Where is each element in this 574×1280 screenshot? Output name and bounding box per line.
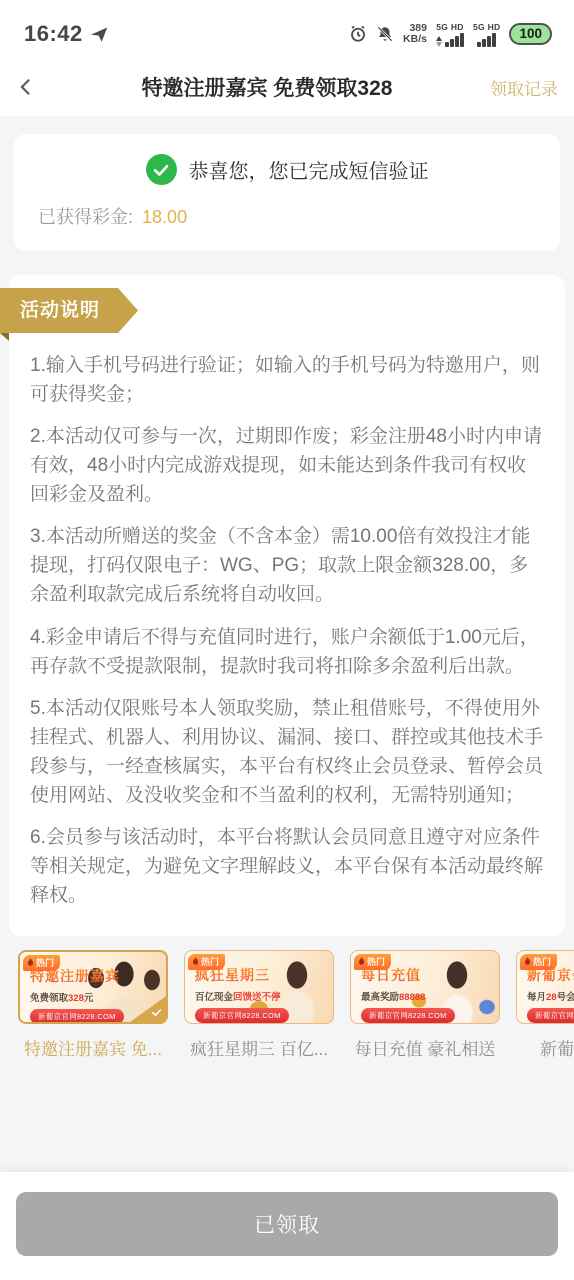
page-header: 特邀注册嘉宾 免费领取328 领取记录 bbox=[0, 58, 574, 116]
rule-item-3: 3.本活动所赠送的奖金（不含本金）需10.00倍有效投注才能提现，打码仅限电子：… bbox=[30, 522, 545, 609]
banner-item-member-day[interactable]: 热门 新葡京会员日 每月28号会员日 新葡京官网8228.COM 新葡京会员日 bbox=[516, 950, 574, 1060]
signal-sim1-icon: 5G HD bbox=[436, 22, 464, 47]
rule-item-4: 4.彩金申请后不得与充值同时进行，账户余额低于1.00元后，再存款不受提款限制，… bbox=[30, 623, 545, 681]
banner-item-special-invite[interactable]: 热门 特邀注册嘉宾 免费领取328元 新葡京官网8228.COM 特邀注册嘉宾 … bbox=[18, 950, 168, 1060]
page-title: 特邀注册嘉宾 免费领取328 bbox=[50, 72, 484, 102]
activity-badge: 活动说明 bbox=[0, 288, 138, 333]
ribbon-fold bbox=[0, 333, 9, 341]
banner-url-pill: 新葡京官网8228.COM bbox=[30, 1009, 124, 1024]
hot-tag: 热门 bbox=[520, 954, 557, 970]
alarm-clock-icon bbox=[349, 25, 367, 43]
hot-tag: 热门 bbox=[23, 955, 60, 971]
banner-url-pill: 新葡京官网8228.COM bbox=[527, 1008, 574, 1023]
bonus-value: 18.00 bbox=[142, 207, 187, 227]
fire-icon bbox=[192, 957, 199, 966]
clock-time: 16:42 bbox=[24, 21, 83, 47]
hot-tag: 热门 bbox=[188, 954, 225, 970]
rule-item-1: 1.输入手机号码进行验证；如输入的手机号码为特邀用户，则可获得奖金； bbox=[30, 351, 545, 409]
bell-muted-icon bbox=[376, 25, 394, 43]
rule-item-5: 5.本活动仅限账号本人领取奖励，禁止租借账号，不得使用外挂程式、机器人、利用协议… bbox=[30, 694, 545, 810]
signal-sim2-icon: 5G HD bbox=[473, 22, 500, 47]
banner-caption: 特邀注册嘉宾 免... bbox=[18, 1035, 168, 1060]
banner-item-daily-deposit[interactable]: 热门 每日充值 最高奖励88888 新葡京官网8228.COM 每日充值 豪礼相… bbox=[350, 950, 500, 1060]
bonus-row: 已获得彩金: 18.00 bbox=[38, 203, 536, 229]
check-circle-icon bbox=[146, 154, 177, 185]
back-button[interactable] bbox=[16, 77, 50, 97]
banner-caption: 疯狂星期三 百亿... bbox=[184, 1035, 334, 1060]
activity-rules-card: 活动说明 1.输入手机号码进行验证；如输入的手机号码为特邀用户，则可获得奖金； … bbox=[9, 275, 565, 936]
fire-icon bbox=[27, 958, 34, 967]
rule-item-6: 6.会员参与该活动时，本平台将默认会员同意且遵守对应条件等相关规定，为避免文字理… bbox=[30, 823, 545, 910]
fire-icon bbox=[524, 957, 531, 966]
hot-tag: 热门 bbox=[354, 954, 391, 970]
banner-url-pill: 新葡京官网8228.COM bbox=[361, 1008, 455, 1023]
claim-records-link[interactable]: 领取记录 bbox=[484, 75, 558, 100]
claimed-button[interactable]: 已领取 bbox=[16, 1192, 558, 1256]
banner-item-crazy-wednesday[interactable]: 热门 疯狂星期三 百亿现金回馈送不停 新葡京官网8228.COM 疯狂星期三 百… bbox=[184, 950, 334, 1060]
rule-item-2: 2.本活动仅可参与一次，过期即作废；彩金注册48小时内申请有效，48小时内完成游… bbox=[30, 422, 545, 509]
network-speed: 389 KB/s bbox=[403, 23, 427, 45]
success-message: 恭喜您，您已完成短信验证 bbox=[189, 155, 429, 184]
promo-banner-carousel: 热门 特邀注册嘉宾 免费领取328元 新葡京官网8228.COM 特邀注册嘉宾 … bbox=[0, 950, 574, 1060]
bonus-label: 已获得彩金: bbox=[38, 207, 133, 227]
banner-caption: 新葡京会员日 bbox=[516, 1035, 574, 1060]
banner-url-pill: 新葡京官网8228.COM bbox=[195, 1008, 289, 1023]
bottom-action-bar: 已领取 bbox=[0, 1172, 574, 1280]
paper-plane-icon bbox=[91, 26, 108, 43]
verification-success-card: 恭喜您，您已完成短信验证 已获得彩金: 18.00 bbox=[14, 134, 560, 251]
fire-icon bbox=[358, 957, 365, 966]
battery-indicator: 100 bbox=[509, 23, 552, 45]
banner-caption: 每日充值 豪礼相送 bbox=[350, 1035, 500, 1060]
status-bar: 16:42 389 KB/s 5G HD bbox=[0, 0, 574, 58]
